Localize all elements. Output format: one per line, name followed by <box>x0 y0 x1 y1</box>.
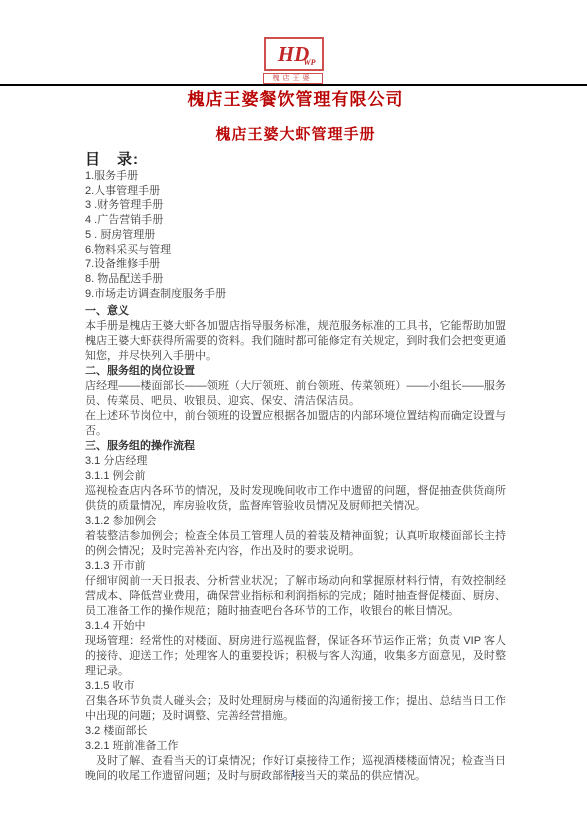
subsection-heading: 3.2 楼面部长 <box>85 724 506 739</box>
toc-item: 6.物料采买与管理 <box>85 243 506 258</box>
subsection-heading: 3.1.3 开市前 <box>85 559 506 574</box>
toc-item: 7.设备维修手册 <box>85 257 506 272</box>
paragraph: 现场管理：经常性的对楼面、厨房进行巡视监督，保证各环节运作正常；负责 VIP 客… <box>85 634 506 679</box>
manual-title: 槐店王婆大虾管理手册 <box>85 124 506 146</box>
toc-item: 8. 物品配送手册 <box>85 272 506 287</box>
toc-item: 2.人事管理手册 <box>85 184 506 199</box>
paragraph: 仔细审阅前一天日报表、分析营业状况；了解市场动向和掌握原材料行情，有效控制经营成… <box>85 574 506 619</box>
paragraph: 着装整洁参加例会；检查全体员工管理人员的着装及精神面貌；认真听取楼面部长主持的例… <box>85 529 506 559</box>
paragraph: 巡视检查店内各环节的情况，及时发现晚间收市工作中遗留的问题，督促抽查供货商所供货… <box>85 484 506 514</box>
section-heading: 三、服务组的操作流程 <box>85 439 506 454</box>
subsection-heading: 3.1.4 开始中 <box>85 619 506 634</box>
subsection-heading: 3.1 分店经理 <box>85 454 506 469</box>
subsection-heading: 3.2.1 班前准备工作 <box>85 739 506 754</box>
paragraph: 召集各环节负责人碰头会；及时处理厨房与楼面的沟通衔接工作；提出、总结当日工作中出… <box>85 694 506 724</box>
toc-item: 5 . 厨房管理册 <box>85 228 506 243</box>
page-number: 1 <box>0 766 587 781</box>
manual-body: 一、意义 本手册是槐店王婆大虾各加盟店指导服务标准，规范服务标准的工具书，它能帮… <box>85 304 506 784</box>
document-content: 槐店王婆餐饮管理有限公司 槐店王婆大虾管理手册 目 录: 1.服务手册 2.人事… <box>85 0 506 784</box>
toc-item: 9.市场走访调查制度服务手册 <box>85 287 506 302</box>
subsection-heading: 3.1.1 例会前 <box>85 469 506 484</box>
paragraph: 在上述环节岗位中，前台领班的设置应根据各加盟店的内部环境位置结构而确定设置与否。 <box>85 409 506 439</box>
table-of-contents: 目 录: 1.服务手册 2.人事管理手册 3 .财务管理手册 4 .广告营销手册… <box>85 151 506 301</box>
document-page: HD WP 槐店王婆 槐店王婆餐饮管理有限公司 槐店王婆大虾管理手册 目 录: … <box>0 0 587 825</box>
subsection-heading: 3.1.5 收市 <box>85 679 506 694</box>
company-title: 槐店王婆餐饮管理有限公司 <box>85 88 506 112</box>
subsection-heading: 3.1.2 参加例会 <box>85 514 506 529</box>
toc-item: 3 .财务管理手册 <box>85 198 506 213</box>
toc-heading: 目 录: <box>85 151 506 169</box>
paragraph: 店经理——楼面部长——领班（大厅领班、前台领班、传菜领班）——小组长——服务员、… <box>85 379 506 409</box>
toc-item: 1.服务手册 <box>85 169 506 184</box>
toc-item: 4 .广告营销手册 <box>85 213 506 228</box>
section-heading: 一、意义 <box>85 304 506 319</box>
paragraph: 本手册是槐店王婆大虾各加盟店指导服务标准，规范服务标准的工具书，它能帮助加盟槐店… <box>85 319 506 364</box>
section-heading: 二、服务组的岗位设置 <box>85 364 506 379</box>
